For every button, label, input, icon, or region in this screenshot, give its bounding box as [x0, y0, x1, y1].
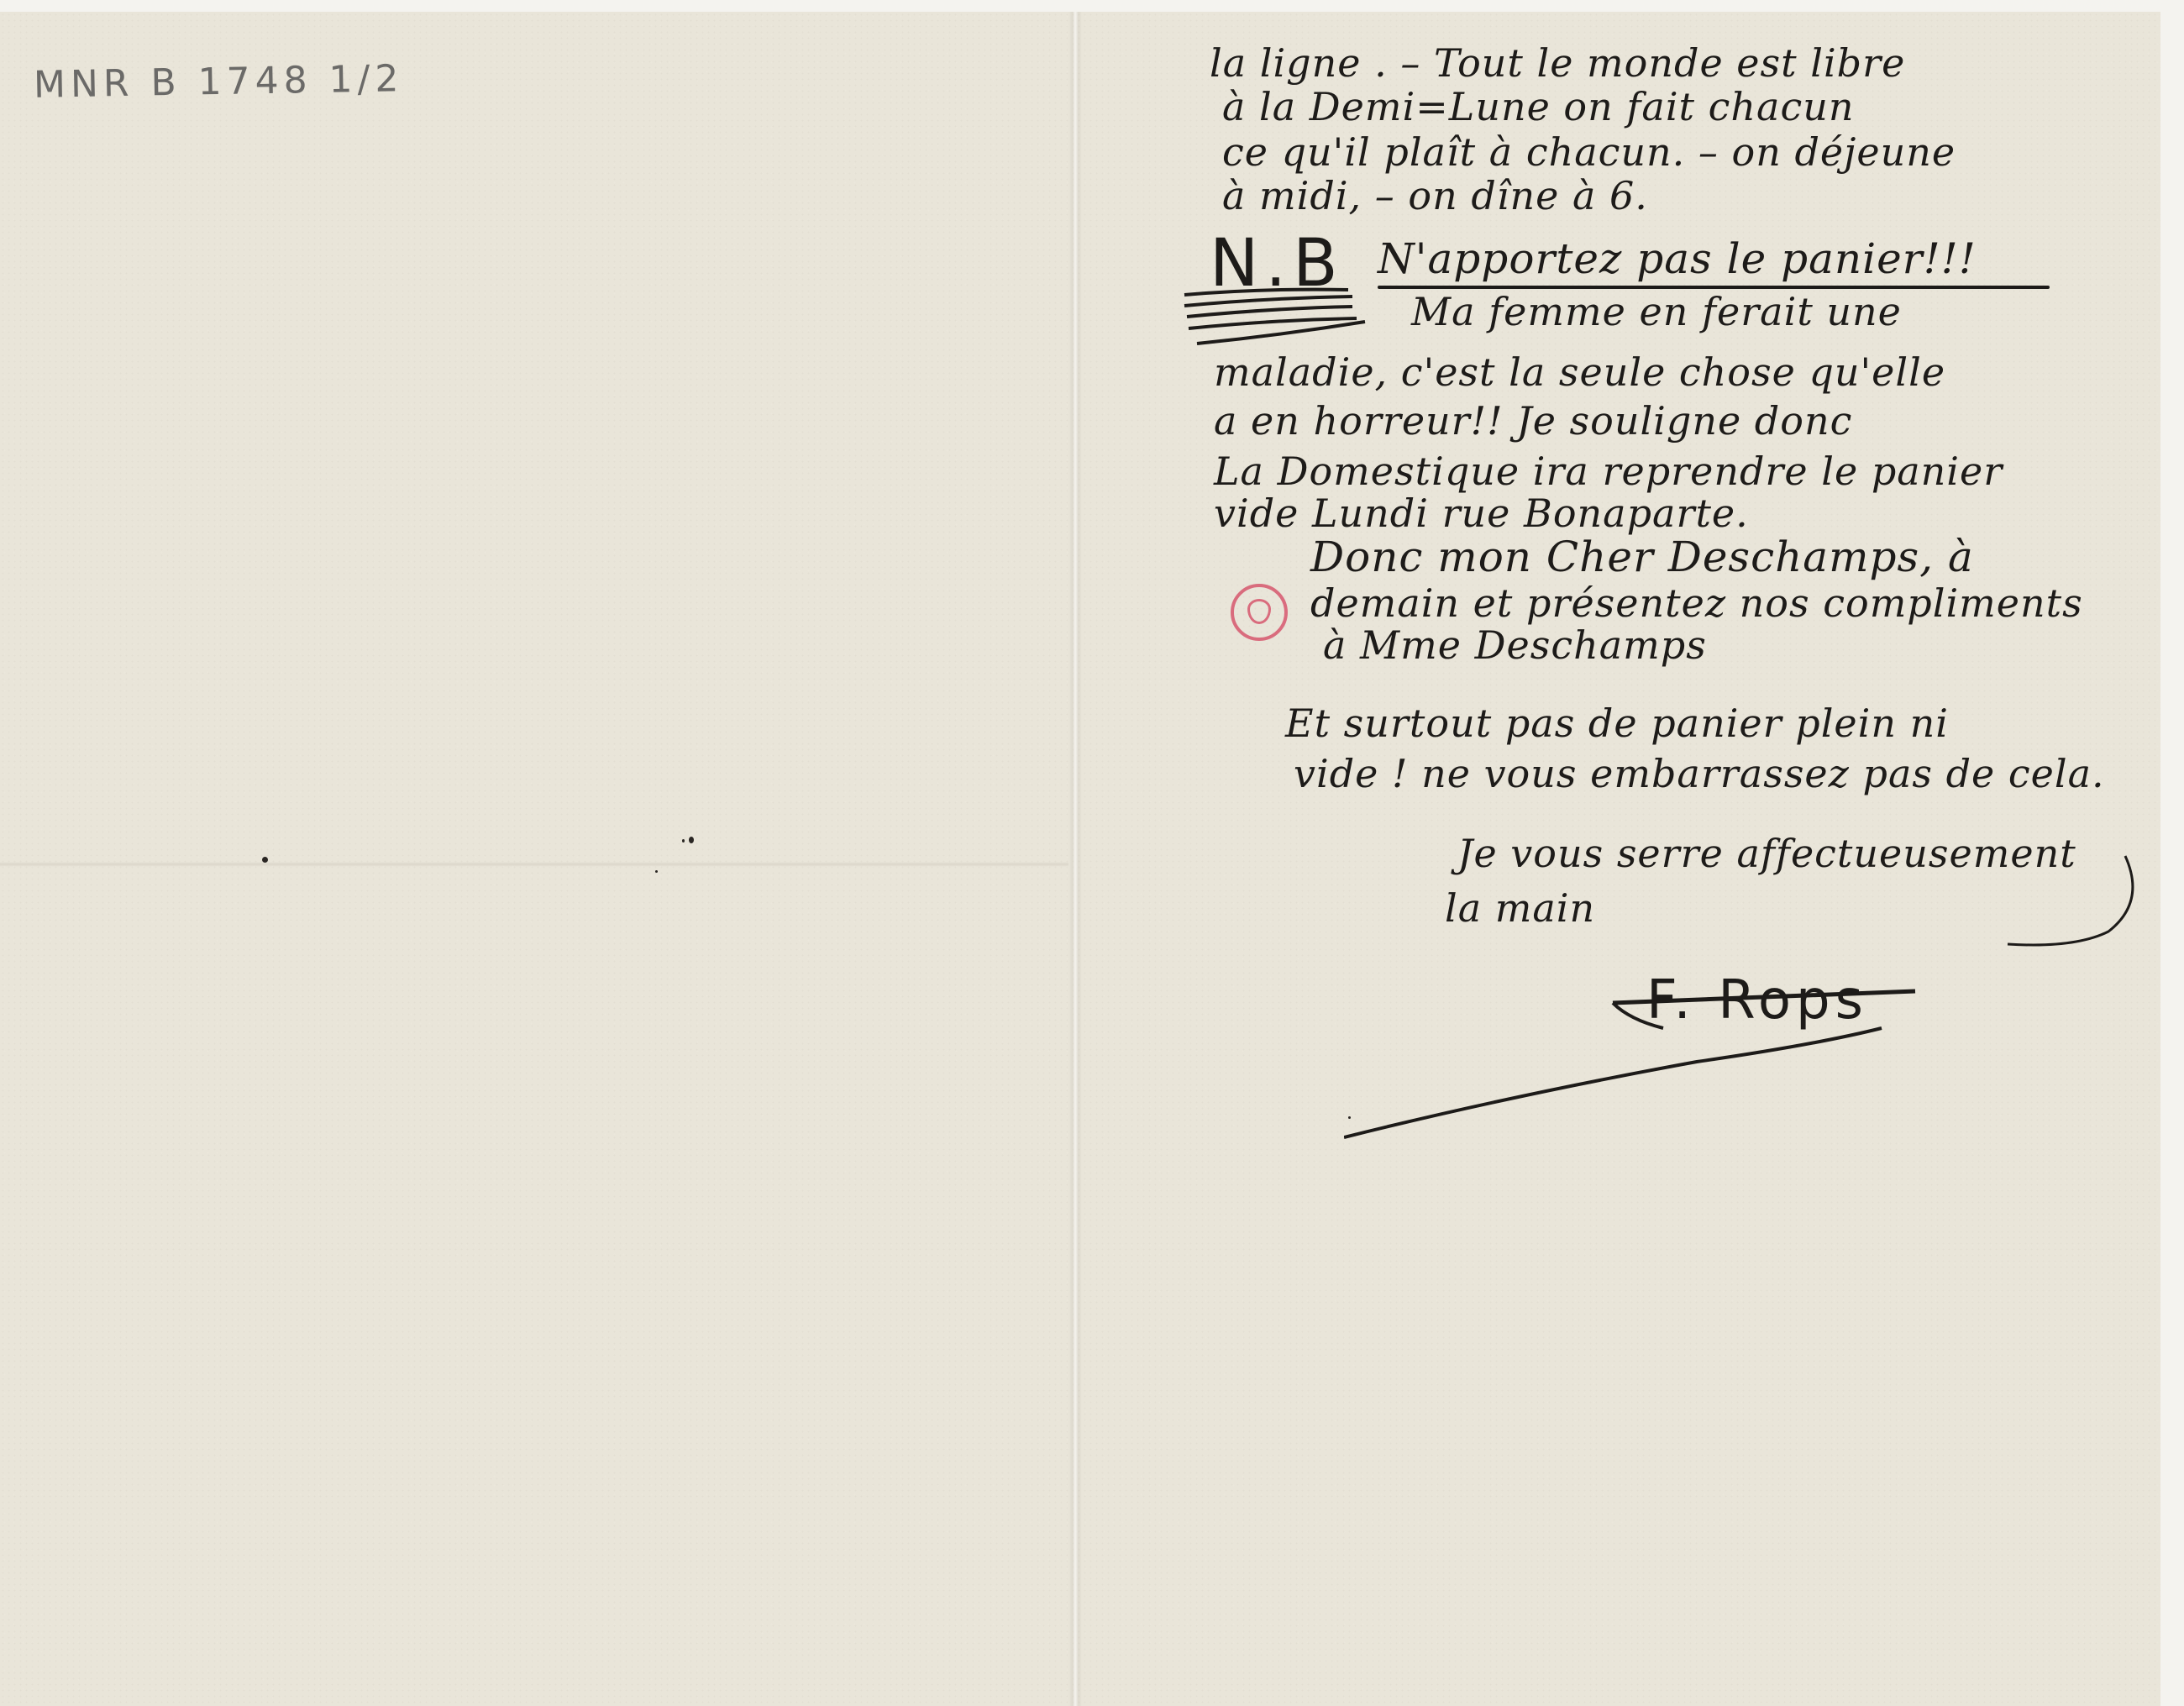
letter-line: vide Lundi rue Bonaparte.: [1214, 491, 1749, 536]
ink-speck: [689, 837, 694, 843]
letter-line: a en horreur!! Je souligne donc: [1214, 398, 1852, 444]
letter-line: Ma femme en ferait une: [1411, 289, 1902, 334]
emphasis-lines-icon: [1180, 285, 1373, 352]
letter-sheet: MNR B 1748 1/2 la ligne . – Tout le mond…: [0, 12, 2160, 1706]
ink-speck: [655, 870, 658, 873]
nb-heading: N'apportez pas le panier!!!: [1378, 234, 1977, 283]
horizontal-fold: [0, 862, 1068, 867]
center-fold: [1068, 12, 1082, 1706]
letter-line: à la Demi=Lune on fait chacun: [1222, 84, 1854, 129]
letter-line: ce qu'il plaît à chacun. – on déjeune: [1222, 129, 1956, 175]
letter-line: Et surtout pas de panier plein ni: [1285, 701, 1949, 746]
letter-line: maladie, c'est la seule chose qu'elle: [1214, 349, 1945, 395]
letter-line: à midi, – on dîne à 6.: [1222, 173, 1648, 218]
letter-line: La Domestique ira reprendre le panier: [1214, 449, 2003, 494]
archive-reference-mark: MNR B 1748 1/2: [34, 57, 404, 107]
closing-flourish-icon: [1957, 852, 2142, 953]
closing-line: la main: [1445, 885, 1595, 931]
letter-line: la ligne . – Tout le monde est libre: [1210, 40, 1905, 86]
ink-speck: [262, 857, 268, 863]
letter-line: Donc mon Cher Deschamps, à: [1310, 533, 1974, 581]
letter-line: demain et présentez nos compliments: [1310, 580, 2083, 626]
letter-line: vide ! ne vous embarrassez pas de cela.: [1294, 751, 2105, 796]
library-stamp: [1231, 584, 1288, 641]
signature: F. Rops: [1646, 969, 1868, 1031]
ink-speck: [682, 839, 685, 843]
letter-line: à Mme Deschamps: [1323, 622, 1707, 668]
